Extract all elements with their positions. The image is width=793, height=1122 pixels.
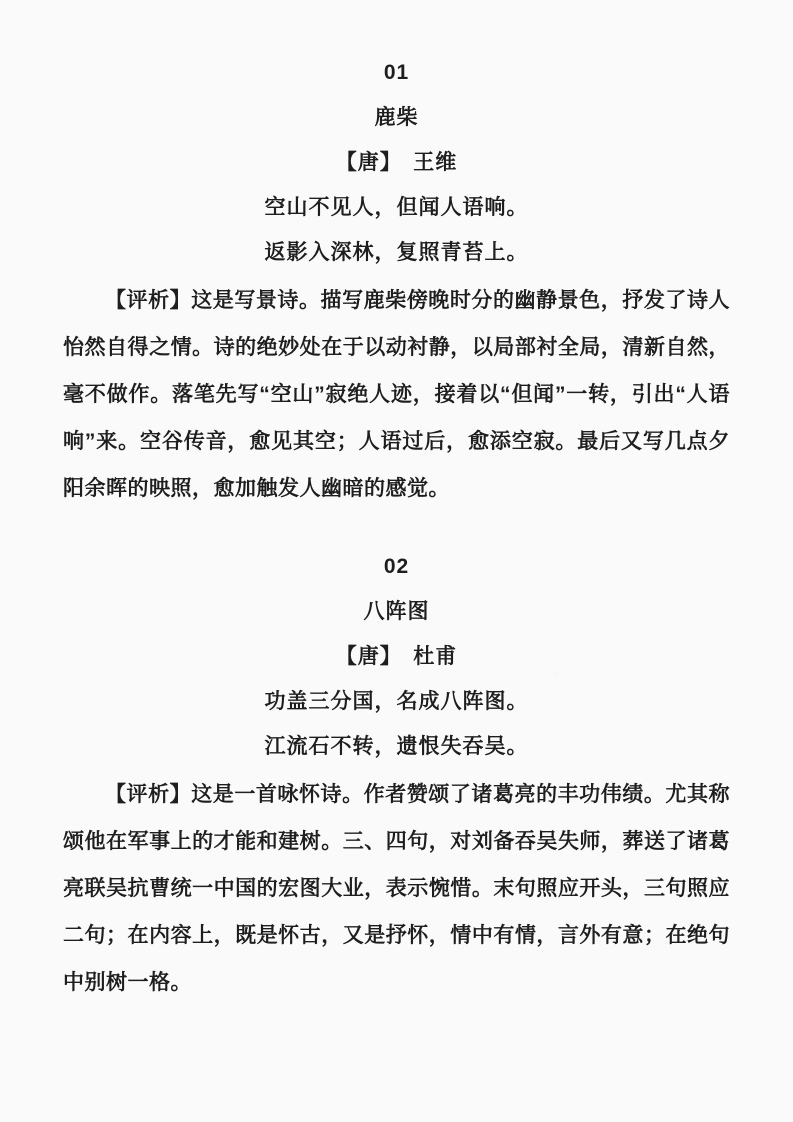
poem-verse-line: 江流石不转，遗恨失吞吴。 (63, 724, 730, 769)
poem-title: 八阵图 (63, 589, 730, 634)
poem-number: 02 (63, 544, 730, 589)
poem-verse-line: 返影入深林，复照青苔上。 (63, 230, 730, 275)
poem-section-02: 02 八阵图 【唐】 杜甫 功盖三分国，名成八阵图。 江流石不转，遗恨失吞吴。 … (63, 544, 730, 1006)
poem-author: 【唐】 王维 (63, 140, 730, 185)
analysis-label: 【评析】 (105, 289, 191, 312)
poem-title: 鹿柴 (63, 95, 730, 140)
poem-number: 01 (63, 50, 730, 95)
poem-analysis: 【评析】这是写景诗。描写鹿柴傍晚时分的幽静景色，抒发了诗人怡然自得之情。诗的绝妙… (63, 277, 730, 512)
poem-verse-line: 功盖三分国，名成八阵图。 (63, 679, 730, 724)
document-page: 01 鹿柴 【唐】 王维 空山不见人，但闻人语响。 返影入深林，复照青苔上。 【… (0, 0, 793, 1122)
analysis-text: 这是写景诗。描写鹿柴傍晚时分的幽静景色，抒发了诗人怡然自得之情。诗的绝妙处在于以… (63, 289, 730, 500)
poem-section-01: 01 鹿柴 【唐】 王维 空山不见人，但闻人语响。 返影入深林，复照青苔上。 【… (63, 50, 730, 512)
poem-author: 【唐】 杜甫 (63, 634, 730, 679)
poem-analysis: 【评析】这是一首咏怀诗。作者赞颂了诸葛亮的丰功伟绩。尤其称颂他在军事上的才能和建… (63, 771, 730, 1006)
analysis-label: 【评析】 (105, 783, 191, 806)
analysis-text: 这是一首咏怀诗。作者赞颂了诸葛亮的丰功伟绩。尤其称颂他在军事上的才能和建树。三、… (63, 783, 730, 994)
poem-verse-line: 空山不见人，但闻人语响。 (63, 185, 730, 230)
